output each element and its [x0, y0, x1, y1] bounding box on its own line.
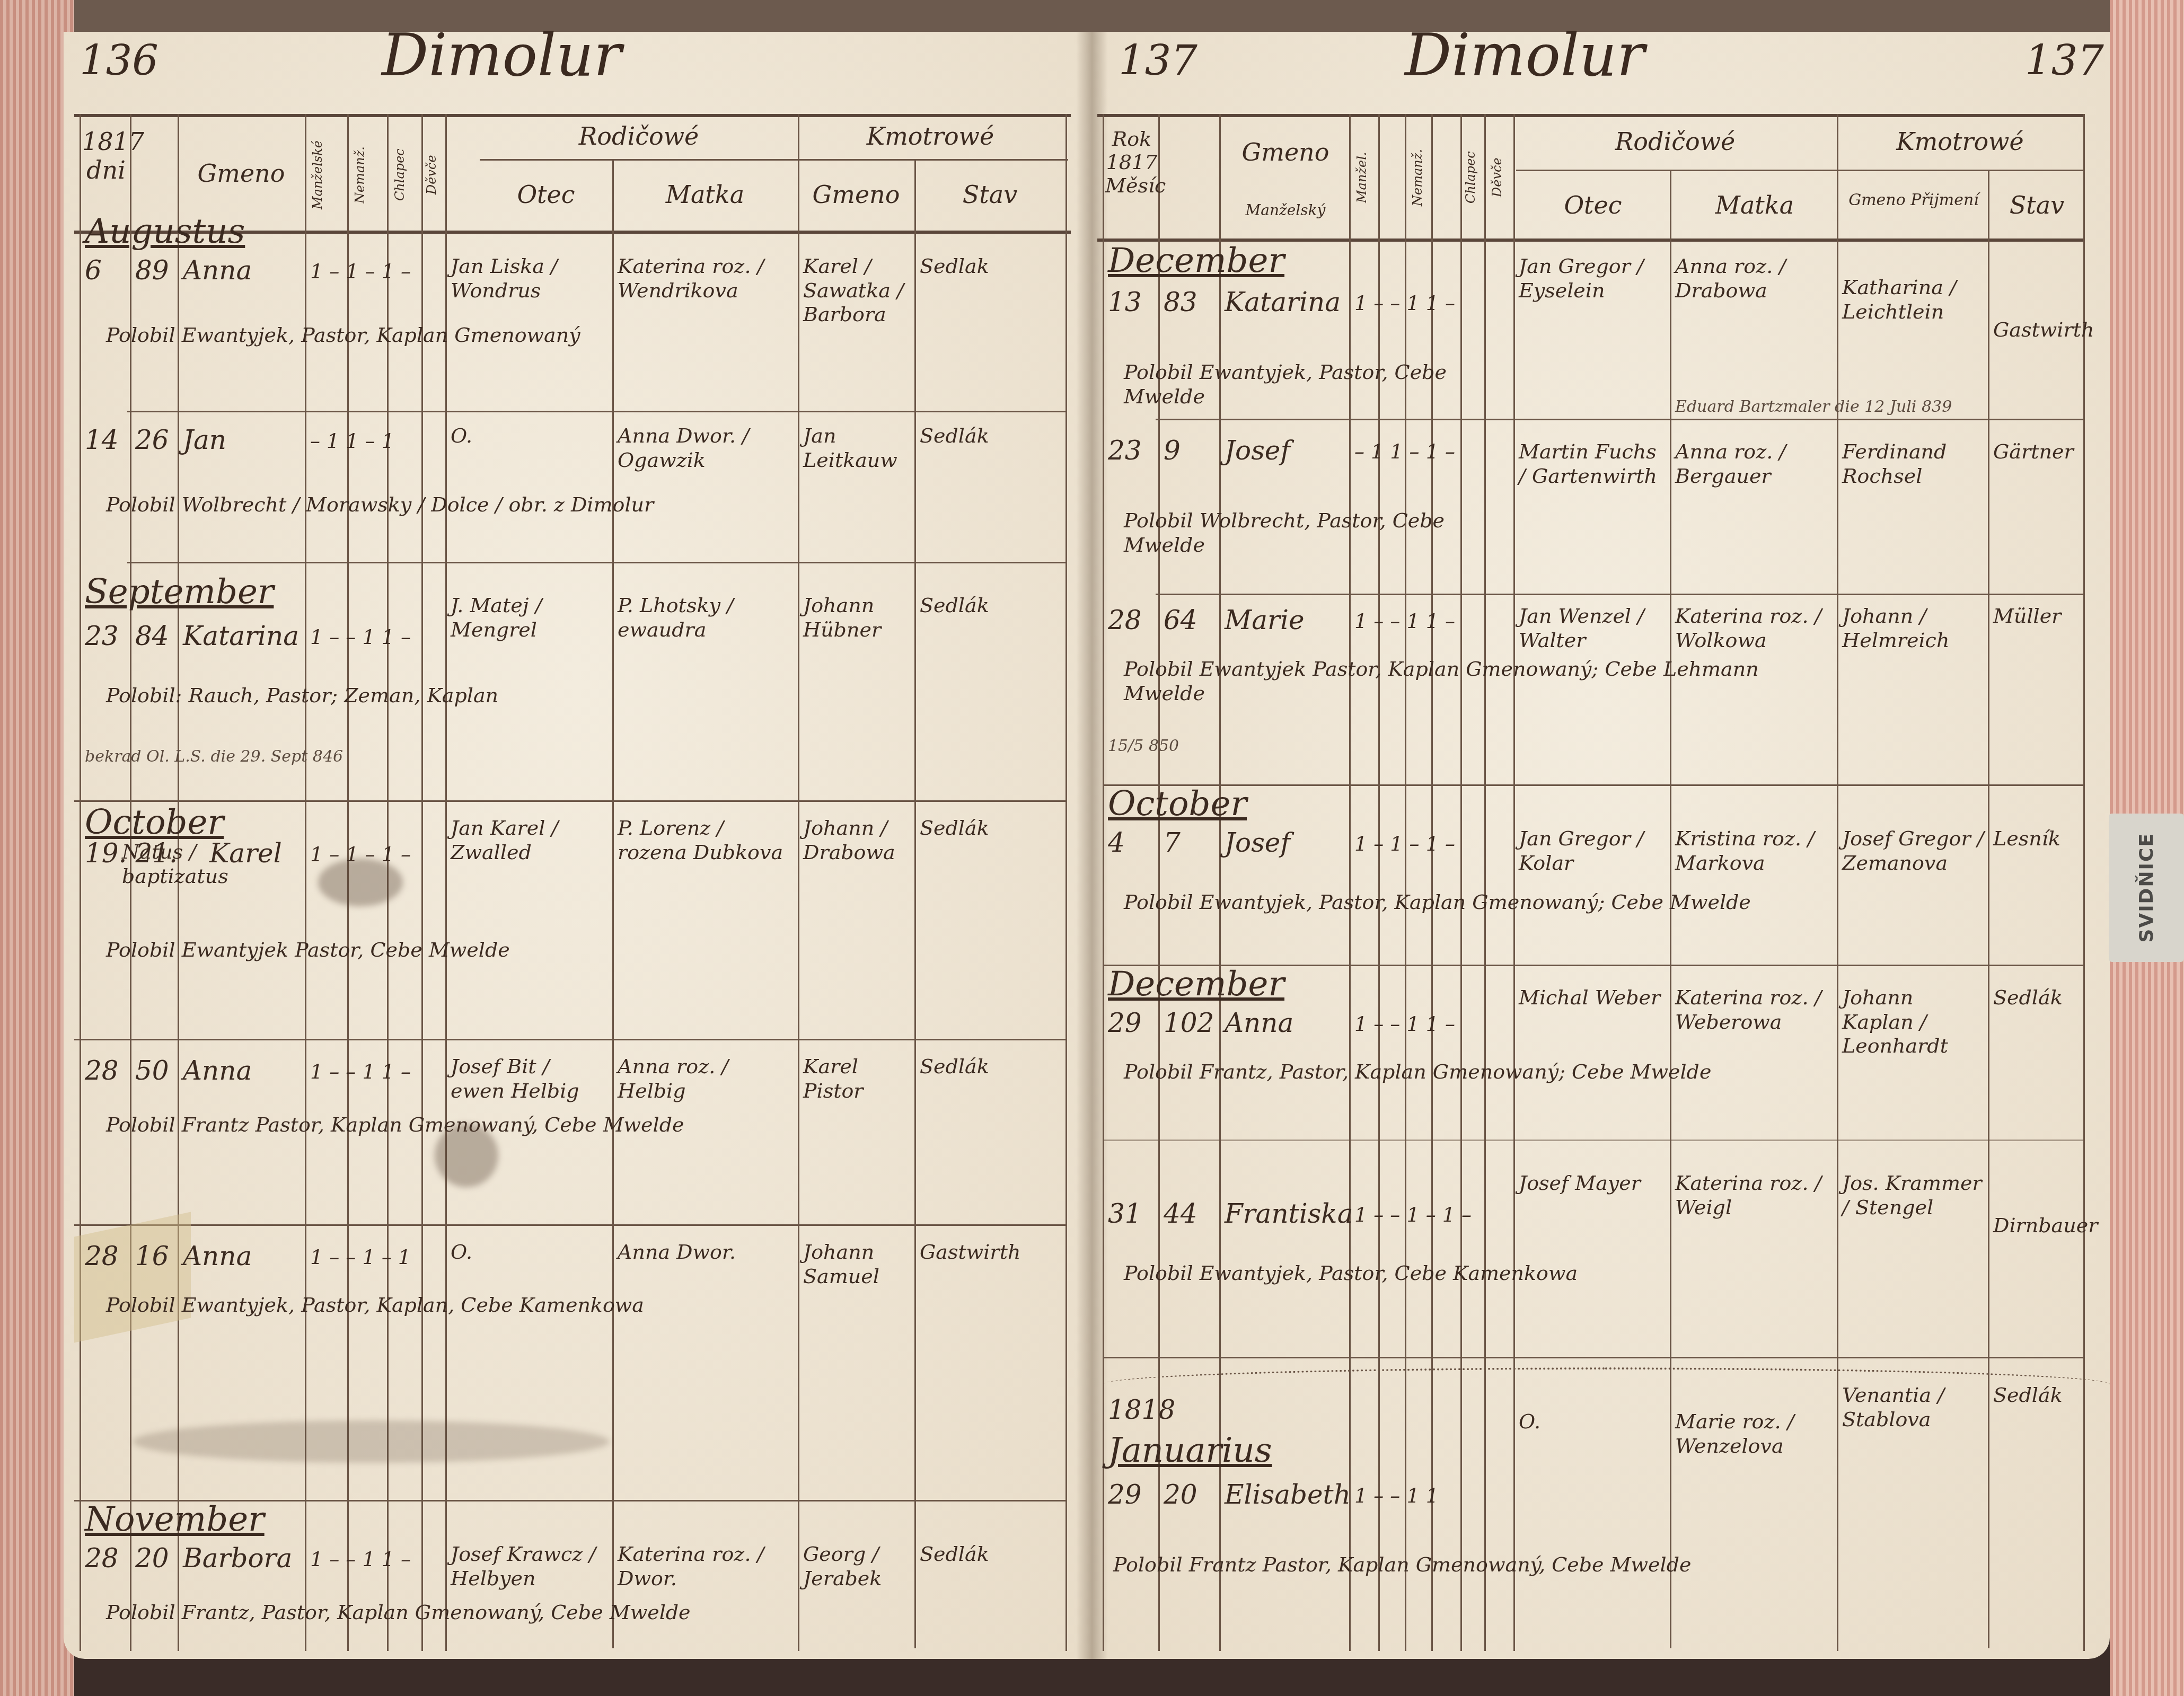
entry-godparent: Johann Samuel — [803, 1240, 914, 1288]
entry-mother: Katerina roz. / Weigl — [1675, 1171, 1834, 1220]
entry-godparent-status: Sedlák — [920, 1055, 1063, 1079]
entry-marks: 1 – – 1 1 – — [1354, 609, 1455, 634]
entry-marks: 1 – – 1 – 1 — [310, 1245, 411, 1270]
entry-day: 31 — [1108, 1198, 1142, 1230]
col-header-mother: Matka — [615, 180, 795, 209]
entry-godparent: Josef Gregor / Zemanova — [1842, 827, 1985, 875]
entry-day: 23 — [1108, 435, 1142, 466]
entry-day: 28 — [85, 1055, 119, 1086]
entry-godparent: Jan Leitkauw — [803, 424, 914, 472]
parents-split-rule — [480, 159, 1068, 161]
entry-day: 6 — [85, 254, 102, 286]
entry-day: 4 — [1108, 827, 1125, 859]
header-top-rule — [1097, 114, 2083, 117]
entry-name: Anna — [1225, 1007, 1293, 1039]
entry-godparent-status: Sedlák — [1993, 986, 2081, 1010]
entry-godparent-status: Sedlák — [920, 424, 1063, 448]
entry-godparent-status: Gärtner — [1993, 440, 2081, 464]
entry-godparent-status: Sedlak — [920, 254, 1063, 279]
entry-father: Jan Gregor / Kolar — [1519, 827, 1667, 875]
entry-mother: P. Lhotsky / ewaudra — [618, 594, 792, 642]
entry-godparent-status: Gastwirth — [1993, 318, 2081, 342]
entry-house: 102 — [1164, 1007, 1214, 1039]
row-rule — [74, 800, 1065, 802]
entry-name: Jan — [183, 424, 226, 456]
col-rule — [1065, 114, 1067, 1651]
entry-godparent-status: Lesník — [1993, 827, 2081, 851]
entry-godparent-status: Müller — [1993, 604, 2081, 629]
entry-father: Josef Bit / ewen Helbig — [451, 1055, 610, 1103]
month-label: October — [85, 803, 224, 842]
right-page-number: 137 — [2025, 37, 2104, 85]
col-rule — [1405, 114, 1406, 1651]
entry-marks: 1 – – 1 1 — [1354, 1484, 1439, 1508]
entry-marks: 1 – – 1 1 – — [310, 625, 411, 650]
entry-godparent-status: Sedlák — [920, 594, 1063, 618]
entry-notes: Polobil: Rauch, Pastor; Zeman, Kaplan — [106, 684, 795, 708]
entry-house: 16 — [135, 1240, 169, 1272]
col-rule — [1837, 114, 1838, 1651]
col-rule — [914, 159, 916, 1648]
col-header-godparent-name: Gmeno — [798, 180, 914, 209]
entry-father: Jan Gregor / Eyselein — [1519, 254, 1667, 303]
entry-father: Josef Krawcz / Helbyen — [451, 1542, 610, 1591]
entry-house: 84 — [135, 620, 169, 652]
entry-name: Elisabeth — [1225, 1479, 1351, 1510]
entry-name: Katarina — [183, 620, 299, 652]
col-rule — [1460, 114, 1462, 1651]
entry-marks: 1 – – 1 1 – — [1354, 291, 1455, 316]
entry-notes: Polobil Frantz Pastor, Kaplan Gmenowaný,… — [106, 1113, 901, 1137]
entry-year: 1818 — [1108, 1394, 1175, 1426]
col-rule — [612, 159, 614, 1648]
entry-mother: Anna Dwor. / Ogawzik — [618, 424, 792, 472]
col-header-date: 1817 dni — [82, 127, 130, 184]
entry-godparent: Georg / Jerabek — [803, 1542, 914, 1591]
entry-mother: Anna roz. / Bergauer — [1675, 440, 1834, 488]
col-rule — [1513, 114, 1515, 1651]
entry-godparent: Ferdinand Rochsel — [1842, 440, 1985, 488]
parents-split-rule — [1516, 170, 2083, 171]
left-running-head: Dimolur — [382, 21, 622, 89]
header-top-rule — [74, 114, 1071, 117]
entry-father: J. Matej / Mengrel — [451, 594, 610, 642]
entry-notes: Polobil Wolbrecht, Pastor, Cebe Mwelde — [1124, 509, 1521, 557]
entry-notes: Polobil Frantz Pastor, Kaplan Gmenowaný,… — [1113, 1553, 1802, 1577]
parish-tab-label: SVIDŇICE — [2136, 833, 2157, 943]
entry-father: O. — [451, 424, 610, 448]
col-header-parents: Rodičowé — [480, 122, 798, 151]
entry-day: 29 — [1108, 1007, 1142, 1039]
entry-house: 50 — [135, 1055, 169, 1086]
entry-name: Josef — [1225, 827, 1290, 859]
col-rule — [1349, 114, 1351, 1651]
col-header-date: Rok 1817 Měsíc — [1105, 127, 1158, 197]
col-rule — [1431, 114, 1433, 1651]
entry-name: Frantiska — [1225, 1198, 1353, 1230]
col-header-illegit: Nemanž. — [353, 122, 367, 228]
entry-father: Jan Liska / Wondrus — [451, 254, 610, 303]
col-header-father: Otec — [1516, 191, 1670, 219]
col-header-boy: Chlapec — [1463, 122, 1478, 233]
col-header-name: Gmeno — [180, 159, 302, 188]
entry-marks: 1 – – 1 1 – — [310, 1060, 411, 1084]
entry-notes: Polobil Ewantyjek, Pastor, Kaplan Gmenow… — [1124, 890, 1813, 915]
entry-notes: Polobil Ewantyjek, Pastor, Kaplan, Cebe … — [106, 1293, 795, 1318]
entry-day: 14 — [85, 424, 119, 456]
entry-day: 23 — [85, 620, 119, 652]
entry-name: Anna — [183, 1055, 252, 1086]
entry-mother: Anna roz. / Drabowa — [1675, 254, 1834, 303]
entry-name: Katarina — [1225, 286, 1341, 318]
margin-annotation: 15/5 850 — [1108, 737, 1179, 755]
book-top-edge — [0, 0, 2184, 32]
entry-father: O. — [451, 1240, 610, 1265]
row-rule — [1103, 1139, 2083, 1141]
entry-father: Jan Karel / Zwalled — [451, 816, 610, 864]
entry-father: O. — [1519, 1410, 1667, 1434]
entry-name: Anna — [183, 1240, 252, 1272]
entry-marks: 1 – 1 – 1 – — [310, 260, 411, 284]
col-rule — [1378, 114, 1380, 1651]
entry-name: Anna — [183, 254, 252, 286]
parish-index-tab[interactable]: SVIDŇICE — [2109, 814, 2184, 962]
entry-godparent-status: Sedlák — [920, 816, 1063, 841]
col-header-boy: Chlapec — [392, 122, 407, 228]
right-running-head: Dimolur — [1405, 21, 1645, 89]
entry-house: Natus / baptizatus — [122, 840, 207, 888]
col-rule — [1484, 114, 1486, 1651]
col-rule — [1219, 114, 1221, 1651]
entry-mother: Katerina roz. / Dwor. — [618, 1542, 792, 1591]
col-header-godparent-status: Stav — [1991, 191, 2083, 219]
entry-house: 20 — [1164, 1479, 1197, 1510]
entry-notes: Polobil Ewantyjek, Pastor, Cebe Kamenkow… — [1124, 1261, 1813, 1286]
entry-mother: Katerina roz. / Weberowa — [1675, 986, 1834, 1034]
entry-notes: Polobil Frantz, Pastor, Kaplan Gmenowaný… — [1124, 1060, 1813, 1084]
ink-blot — [435, 1124, 498, 1187]
entry-godparent: Venantia / Stablova — [1842, 1383, 1985, 1432]
entry-house: 20 — [135, 1542, 169, 1574]
entry-godparent-status: Sedlák — [920, 1542, 1063, 1567]
entry-mother: Katerina roz. / Wendrikova — [618, 254, 792, 303]
col-header-godparent-name: Gmeno Přijmení — [1839, 191, 1988, 209]
margin-annotation: Eduard Bartzmaler die 12 Juli 839 — [1675, 397, 1952, 416]
entry-mother: Katerina roz. / Wolkowa — [1675, 604, 1834, 652]
entry-day: 13 — [1108, 286, 1142, 318]
entry-house: 64 — [1164, 604, 1197, 636]
month-label: Augustus — [85, 212, 245, 251]
entry-mother: Kristina roz. / Markova — [1675, 827, 1834, 875]
ink-blot — [318, 859, 403, 906]
col-rule — [798, 114, 799, 1651]
margin-annotation: bekrad Ol. L.S. die 29. Sept 846 — [85, 747, 343, 766]
erased-text-smudge — [133, 1420, 610, 1463]
entry-house: 89 — [135, 254, 169, 286]
entry-marks: 1 – – 1 – 1 – — [1354, 1203, 1472, 1227]
row-rule — [1103, 1357, 2083, 1358]
entry-house: 83 — [1164, 286, 1197, 318]
entry-godparent: Johann Kaplan / Leonhardt — [1842, 986, 1985, 1058]
entry-godparent: Johann / Helmreich — [1842, 604, 1985, 652]
col-header-godparent-status: Stav — [917, 180, 1063, 209]
col-header-father: Otec — [480, 180, 612, 209]
entry-godparent-status: Gastwirth — [920, 1240, 1063, 1265]
entry-father: Jan Wenzel / Walter — [1519, 604, 1667, 652]
row-rule — [74, 1224, 1065, 1226]
entry-father: Josef Mayer — [1519, 1171, 1667, 1196]
col-rule — [1103, 114, 1104, 1651]
entry-mother: Anna roz. / Helbig — [618, 1055, 792, 1103]
entry-mother: Anna Dwor. — [618, 1240, 792, 1265]
entry-godparent: Karel / Sawatka / Barbora — [803, 254, 914, 327]
col-header-legit: Manžel. — [1354, 122, 1369, 233]
entry-notes: Polobil Ewantyjek, Pastor, Cebe Mwelde — [1124, 360, 1521, 409]
month-label: September — [85, 572, 274, 612]
entry-marks: 1 – – 1 1 – — [310, 1548, 411, 1572]
month-label: October — [1108, 784, 1247, 824]
entry-day: 29 — [1108, 1479, 1142, 1510]
row-rule — [1103, 784, 2083, 786]
row-rule — [1156, 419, 2083, 420]
month-label: November — [85, 1500, 265, 1539]
entry-notes: Polobil Ewantyjek Pastor, Cebe Mwelde — [106, 938, 795, 962]
entry-house: 44 — [1164, 1198, 1197, 1230]
entry-godparent-status: Sedlák — [1993, 1383, 2081, 1408]
col-rule — [1988, 170, 1989, 1648]
entry-marks: 1 – 1 – 1 – — [1354, 832, 1455, 856]
entry-name: Barbora — [183, 1542, 292, 1574]
entry-godparent: Jos. Krammer / Stengel — [1842, 1171, 1985, 1220]
entry-godparent: Karel Pistor — [803, 1055, 914, 1103]
right-page-number-left: 137 — [1119, 37, 1197, 85]
col-rule — [80, 114, 81, 1651]
entry-house: 26 — [135, 424, 169, 456]
entry-day: 28 — [85, 1542, 119, 1574]
entry-house: 9 — [1164, 435, 1181, 466]
entry-godparent: Katharina / Leichtlein — [1842, 276, 1985, 324]
entry-notes: Polobil Wolbrecht / Morawsky / Dolce / o… — [106, 493, 795, 517]
col-header-parents: Rodičowé — [1516, 127, 1834, 156]
col-header-girl: Děvče — [424, 122, 439, 228]
col-rule — [2083, 114, 2085, 1651]
left-page-number: 136 — [80, 37, 158, 85]
entry-godparent-status: Dirnbauer — [1993, 1214, 2081, 1238]
row-rule — [1156, 594, 2083, 595]
entry-father: Martin Fuchs / Gartenwirth — [1519, 440, 1667, 488]
col-header-mother: Matka — [1672, 191, 1837, 219]
entry-name: Karel — [209, 837, 282, 869]
entry-godparent: Johann / Drabowa — [803, 816, 914, 864]
entry-marks: – 1 1 – 1 — [310, 429, 394, 454]
entry-marks: 1 – – 1 1 – — [1354, 1012, 1455, 1037]
entry-notes: Polobil Frantz, Pastor, Kaplan Gmenowaný… — [106, 1601, 795, 1625]
month-label: December — [1108, 241, 1284, 280]
entry-father: Michal Weber — [1519, 986, 1667, 1010]
entry-notes: Polobil Ewantyjek Pastor, Kaplan Gmenowa… — [1124, 657, 1813, 705]
entry-marks: – 1 1 – 1 – — [1354, 440, 1455, 464]
row-rule — [127, 411, 1065, 412]
entry-mother: Marie roz. / Wenzelova — [1675, 1410, 1834, 1458]
entry-house: 7 — [1164, 827, 1181, 859]
entry-notes: Polobil Ewantyjek, Pastor, Kaplan Gmenow… — [106, 323, 795, 348]
book-page-edges-left — [0, 0, 74, 1696]
entry-day: 28 — [1108, 604, 1142, 636]
entry-godparent: Johann Hübner — [803, 594, 914, 642]
entry-name: Josef — [1225, 435, 1290, 466]
entry-name: Marie — [1225, 604, 1305, 636]
col-header-illegit: Nemanž. — [1410, 122, 1425, 233]
entry-day: 28 — [85, 1240, 119, 1272]
col-header-girl: Děvče — [1490, 122, 1504, 233]
month-label: December — [1108, 965, 1284, 1004]
col-header-name-sub: Manželský — [1222, 201, 1349, 219]
col-header-name: Gmeno — [1222, 138, 1349, 166]
col-header-legit: Manželské — [310, 122, 325, 228]
col-header-godparents: Kmotrowé — [1837, 127, 2083, 156]
col-header-godparents: Kmotrowé — [798, 122, 1063, 151]
month-label: Januarius — [1108, 1431, 1272, 1470]
row-rule — [74, 1039, 1065, 1040]
entry-mother: P. Lorenz / rozena Dubkova — [618, 816, 792, 864]
row-rule — [127, 562, 1065, 563]
